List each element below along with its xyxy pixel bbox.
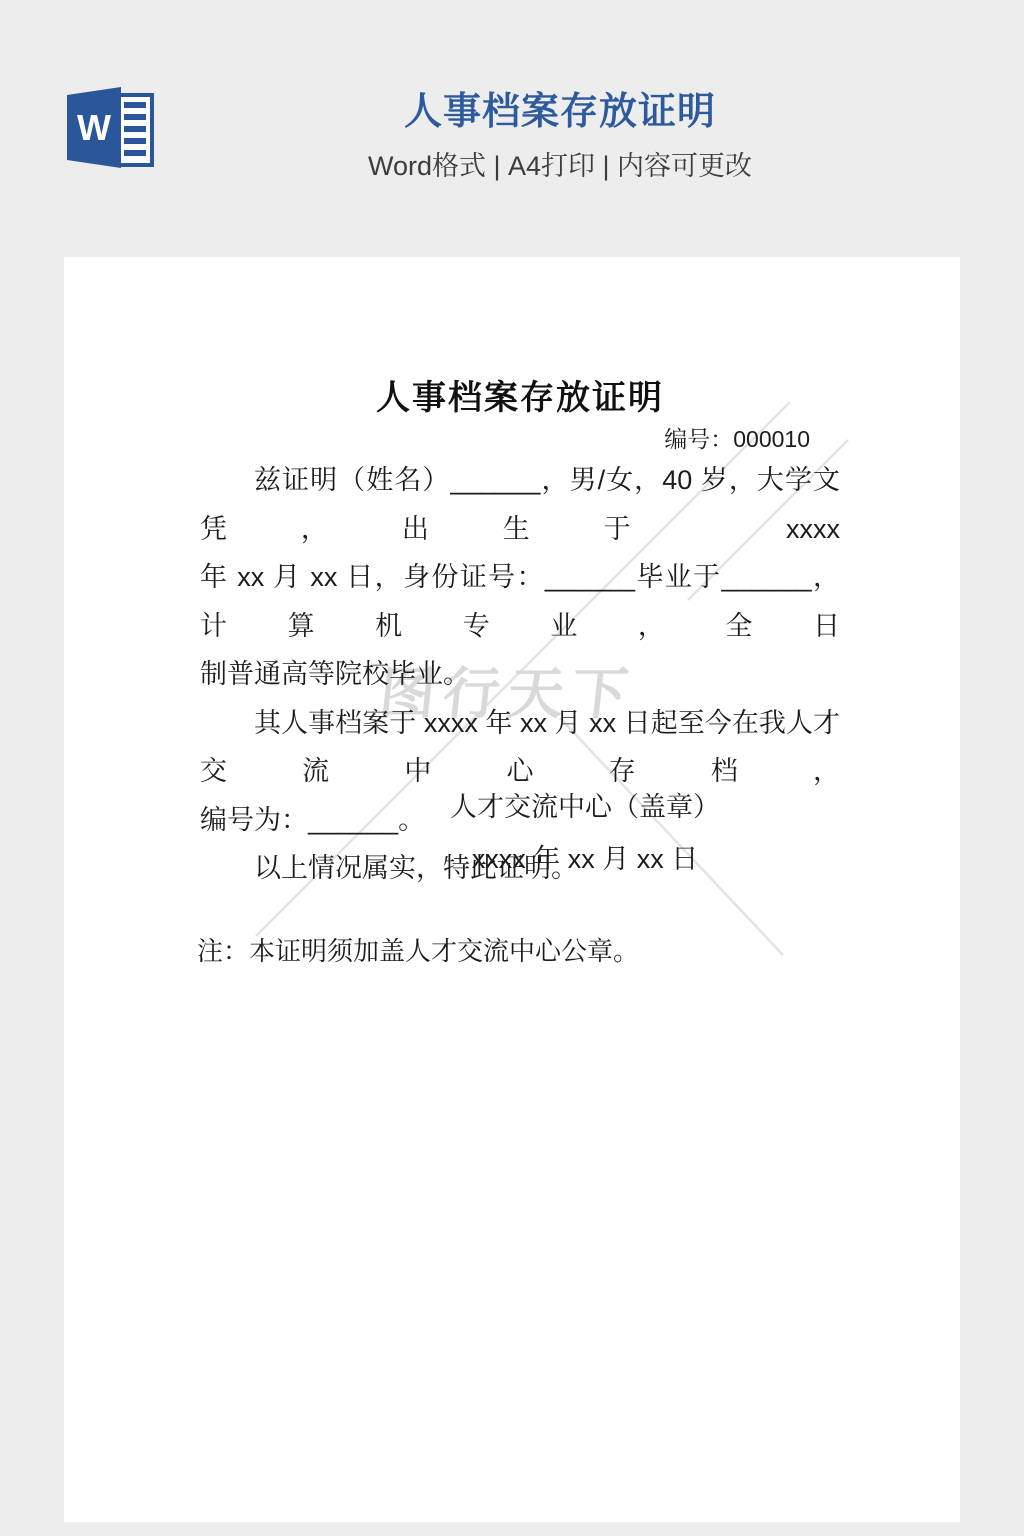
word-icon: W bbox=[64, 86, 156, 170]
body-line: 其人事档案于 xxxx 年 xx 月 xx 日起至今在我人才交流中心存档， bbox=[200, 699, 840, 796]
body-line: 兹证明（姓名）______，男/女，40 岁，大学文凭，出生于 xxxx bbox=[200, 456, 840, 553]
header: 人事档案存放证明 Word格式 | A4打印 | 内容可更改 bbox=[160, 90, 960, 182]
signature-date: xxxx 年 xx 月 xx 日 bbox=[450, 843, 720, 875]
document-page: 图行天下 人事档案存放证明 编号：000010 兹证明（姓名）______，男/… bbox=[64, 257, 960, 1522]
document-title: 人事档案存放证明 bbox=[200, 370, 840, 419]
signature-block: 人才交流中心（盖章） xxxx 年 xx 月 xx 日 bbox=[450, 791, 720, 875]
page-subtitle: Word格式 | A4打印 | 内容可更改 bbox=[160, 150, 960, 182]
body-line: 制普通高等院校毕业。 bbox=[200, 650, 840, 699]
signature-org: 人才交流中心（盖章） bbox=[450, 791, 720, 823]
footnote: 注：本证明须加盖人才交流中心公章。 bbox=[197, 935, 639, 967]
body-line: 年 xx 月 xx 日，身份证号：______毕业于______，计算机专业，全… bbox=[200, 553, 840, 650]
serial-number: 编号：000010 bbox=[200, 421, 810, 454]
page-title: 人事档案存放证明 bbox=[160, 90, 960, 134]
word-icon-letter: W bbox=[77, 107, 111, 148]
